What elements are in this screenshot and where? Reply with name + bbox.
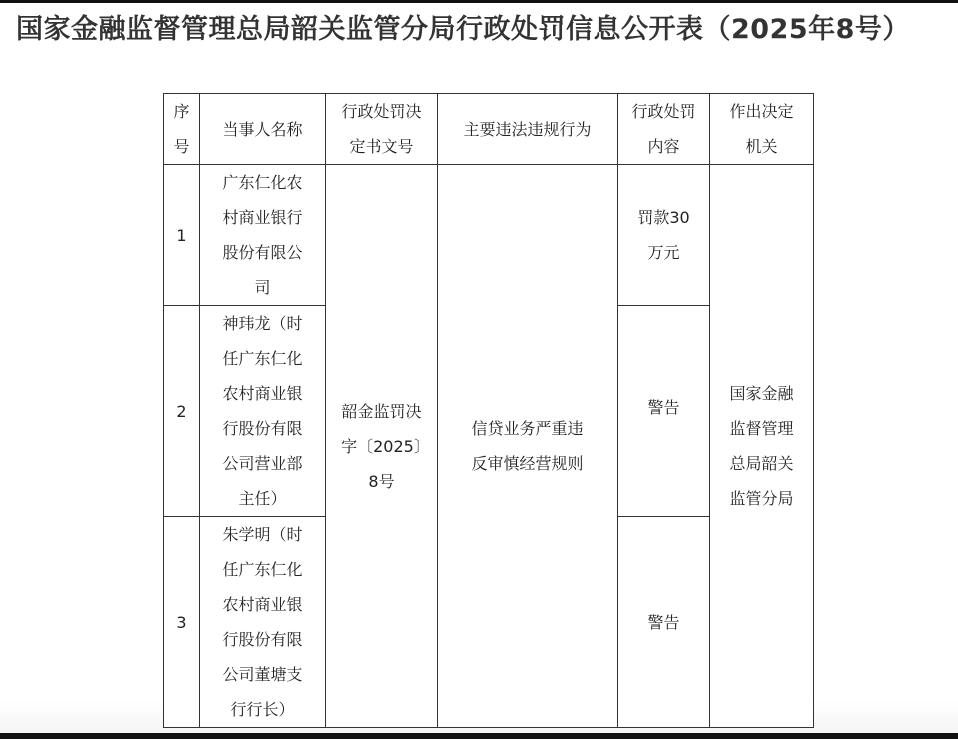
decision-doc-number: 韶金监罚决字〔2025〕8号 xyxy=(326,165,438,728)
penalty-content: 警告 xyxy=(618,306,710,517)
bottom-border-bar xyxy=(0,733,958,739)
header-doc-no: 行政处罚决定书文号 xyxy=(326,94,438,165)
table-row: 1 广东仁化农村商业银行股份有限公司 韶金监罚决字〔2025〕8号 信贷业务严重… xyxy=(164,165,814,306)
header-penalty: 行政处罚内容 xyxy=(618,94,710,165)
row-index: 2 xyxy=(164,306,200,517)
header-row: 序号 当事人名称 行政处罚决定书文号 主要违法违规行为 行政处罚内容 作出决定机… xyxy=(164,94,814,165)
party-name: 朱学明（时任广东仁化农村商业银行股份有限公司董塘支行行长） xyxy=(200,517,326,728)
page-title: 国家金融监督管理总局韶关监管分局行政处罚信息公开表（2025年8号） xyxy=(16,12,956,48)
party-name: 神玮龙（时任广东仁化农村商业银行股份有限公司营业部主任） xyxy=(200,306,326,517)
deciding-authority: 国家金融监督管理总局韶关监管分局 xyxy=(710,165,814,728)
header-authority: 作出决定机关 xyxy=(710,94,814,165)
penalty-content: 罚款30万元 xyxy=(618,165,710,306)
penalty-content: 警告 xyxy=(618,517,710,728)
header-party: 当事人名称 xyxy=(200,94,326,165)
header-index: 序号 xyxy=(164,94,200,165)
row-index: 3 xyxy=(164,517,200,728)
row-index: 1 xyxy=(164,165,200,306)
top-border-bar xyxy=(0,0,958,3)
penalty-table: 序号 当事人名称 行政处罚决定书文号 主要违法违规行为 行政处罚内容 作出决定机… xyxy=(163,93,814,728)
header-violation: 主要违法违规行为 xyxy=(438,94,618,165)
violation-description: 信贷业务严重违反审慎经营规则 xyxy=(438,165,618,728)
party-name: 广东仁化农村商业银行股份有限公司 xyxy=(200,165,326,306)
